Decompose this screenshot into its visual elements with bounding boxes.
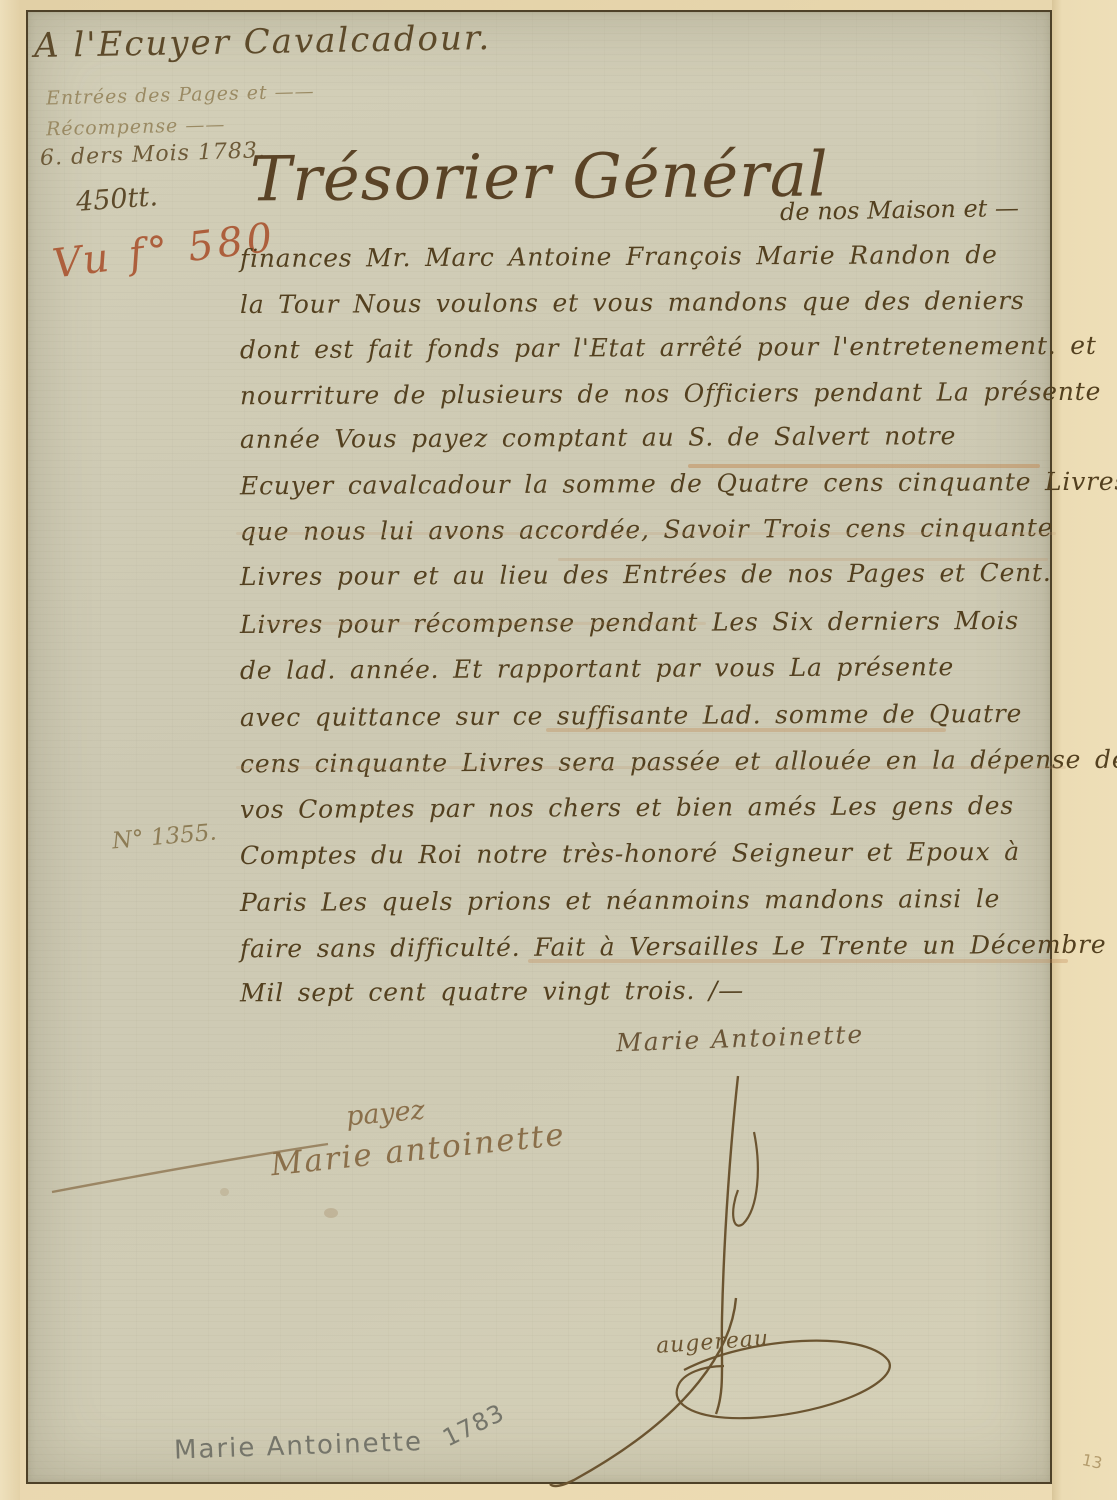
body-line: dont est fait fonds par l'Etat arrêté po…: [240, 331, 1097, 364]
ink-offset-streak: [256, 622, 706, 625]
body-line: Ecuyer cavalcadour la somme de Quatre ce…: [240, 467, 1117, 501]
secretarial-signature: Marie Antoinette: [616, 1020, 865, 1058]
body-line: de lad. année. Et rapportant par vous La…: [240, 652, 954, 685]
mount-corner-mark: 13: [1080, 1450, 1104, 1473]
foxing-spot: [220, 1188, 229, 1196]
countersignature-flourish: [488, 1274, 928, 1500]
body-line: année Vous payez comptant au S. de Salve…: [240, 421, 956, 454]
margin-registry-number: N° 1355.: [111, 819, 218, 854]
docket-amount: 450tt.: [75, 181, 159, 218]
body-line: finances Mr. Marc Antoine François Marie…: [240, 240, 998, 273]
docket-subject-line2: Récompense ——: [46, 114, 226, 141]
document-title: Trésorier Général: [250, 137, 829, 215]
pencil-annotation-name: Marie Antoinette: [174, 1427, 424, 1466]
ink-offset-streak: [528, 959, 1068, 963]
ink-offset-streak: [688, 464, 1040, 468]
autograph-underline-stroke: [46, 1130, 336, 1200]
document-title-continuation: de nos Maison et —: [780, 194, 1019, 226]
body-line: cens cinquante Livres sera passée et all…: [240, 745, 1117, 779]
mount-left-edge: [0, 0, 20, 1500]
body-line: Mil sept cent quatre vingt trois. /—: [240, 976, 744, 1008]
manuscript-page: A l'Ecuyer Cavalcadour. Entrées des Page…: [26, 10, 1052, 1484]
ink-offset-streak: [558, 558, 1048, 561]
foxing-spot: [324, 1208, 338, 1218]
docket-address: A l'Ecuyer Cavalcadour.: [34, 18, 492, 66]
docket-subject-line1: Entrées des Pages et ——: [46, 80, 315, 109]
ink-offset-streak: [236, 766, 1066, 769]
body-line: nourriture de plusieurs de nos Officiers…: [240, 377, 1101, 411]
ink-offset-streak: [546, 728, 946, 732]
body-line: vos Comptes par nos chers et bien amés L…: [240, 791, 1014, 824]
body-line: Livres pour et au lieu des Entrées de no…: [240, 558, 1052, 591]
autograph-payez: payez: [345, 1095, 426, 1133]
body-line: Comptes du Roi notre très-honoré Seigneu…: [240, 837, 1020, 870]
body-line: Paris Les quels prions et néanmoins mand…: [240, 884, 1000, 917]
docket-date: 6. ders Mois 1783.: [40, 138, 267, 171]
pencil-annotation: Marie Antoinette 1783: [174, 1424, 499, 1465]
body-line: la Tour Nous voulons et vous mandons que…: [240, 286, 1025, 319]
ink-offset-streak: [236, 532, 1056, 535]
body-line: que nous lui avons accordée, Savoir Troi…: [240, 513, 1053, 546]
